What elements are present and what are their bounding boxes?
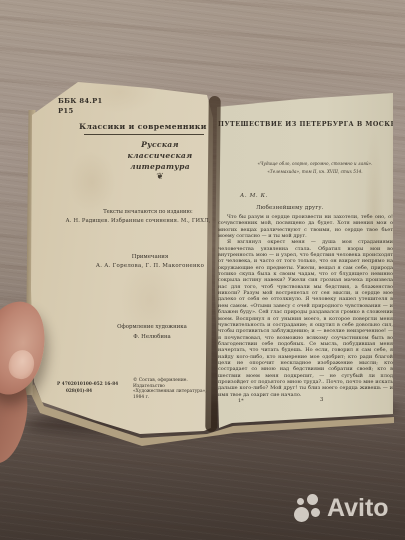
epigraph-source: «Телемахида», том II, кн. XVIII, стих 51… (240, 169, 390, 174)
dedication-salutation: Любезнейшему другу. (256, 205, 324, 211)
body-paragraph: Я взглянул окрест меня — душа моя страда… (218, 239, 393, 398)
print-code-line2: 028(01)-84 (66, 388, 92, 393)
body-paragraph: Что бы разум и сердце произвести ни захо… (218, 214, 393, 239)
page-number: 3 (320, 397, 323, 403)
dedication-initials: А. М. К. (240, 193, 268, 199)
series-title-rule (84, 134, 204, 135)
bbk-classification-code: ББК 84.Р1 Р15 (58, 97, 103, 116)
chapter-title: ПУТЕШЕСТВИЕ ИЗ ПЕТЕРБУРГА В МОСКВУ (218, 121, 393, 128)
avito-logo-icon (294, 494, 322, 523)
epigraph-text: «Чудище обло, озорно, огромно, стозевно … (240, 161, 390, 166)
photo-scene: ББК 84.Р1 Р15 Классики и современники Ру… (0, 0, 405, 540)
chapter-body-text: Что бы разум и сердце произвести ни захо… (218, 214, 393, 398)
signature-mark: 1* (238, 398, 244, 404)
print-code-line1: Р 4702010100-052 16-84 (57, 381, 118, 386)
copyright-notice: © Состав, оформление. Издательство «Худо… (133, 378, 207, 400)
avito-watermark: Avito (294, 494, 389, 523)
avito-watermark-label: Avito (327, 494, 389, 523)
